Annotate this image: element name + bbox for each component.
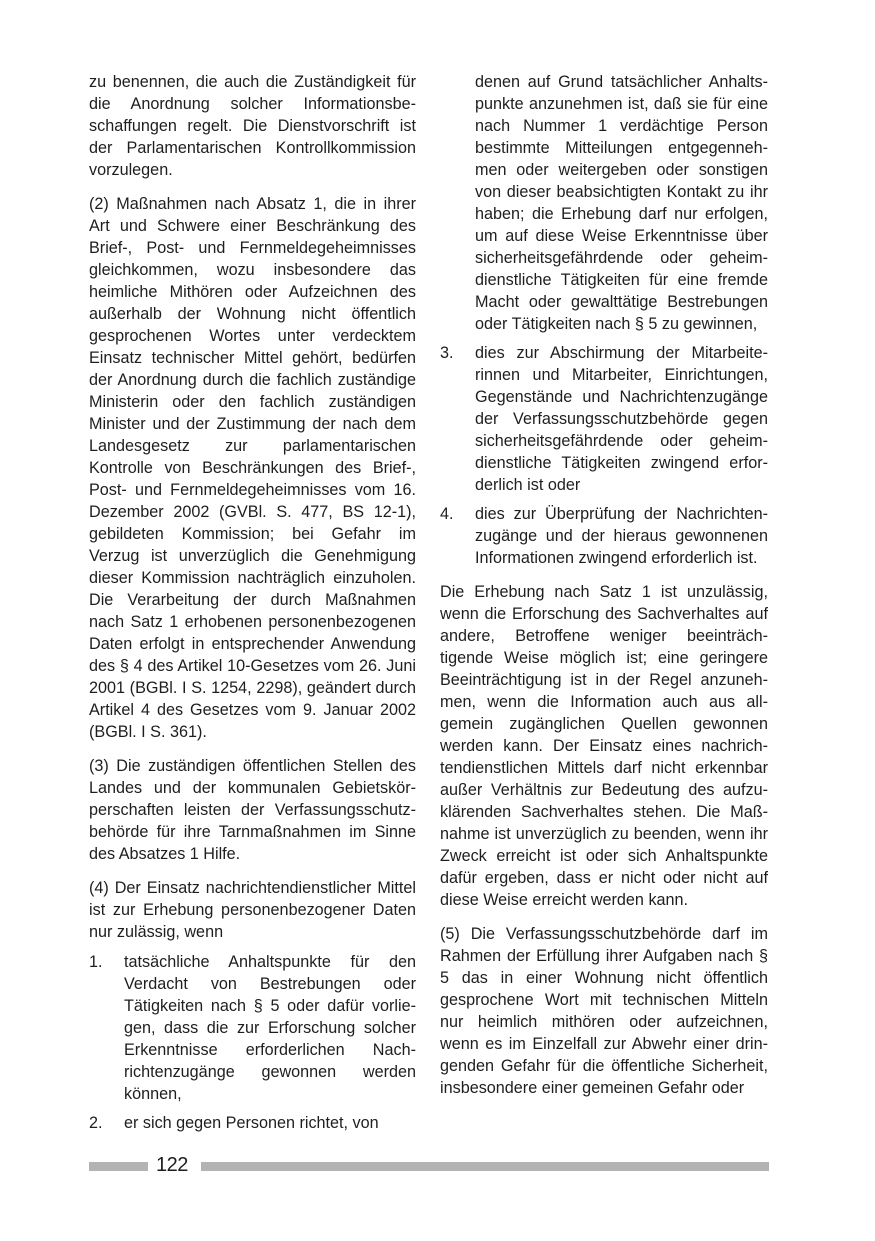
list-number: 3. [440,342,454,364]
left-column: zu benennen, die auch die Zuständigkeit … [89,71,416,1146]
list-item-text: er sich gegen Personen richtet, von [124,1114,379,1132]
numbered-list-right: 3. dies zur Abschirmung der Mitarbeite­r… [440,342,768,569]
list-item-text: dies zur Überprüfung der Nachrichten­zug… [475,505,768,567]
footer-bar-right [201,1162,769,1171]
page-footer: 122 [89,1157,769,1175]
paragraph-5: (5) Die Verfassungsschutzbehörde darf im… [440,923,768,1099]
list-item-2-continued: denen auf Grund tatsächlicher Anhalts­pu… [440,71,768,335]
paragraph-intro: zu benennen, die auch die Zuständigkeit … [89,71,416,181]
list-number: 4. [440,503,454,525]
list-item-3: 3. dies zur Abschirmung der Mitarbeite­r… [440,342,768,496]
list-item-4: 4. dies zur Überprüfung der Nachrichten­… [440,503,768,569]
right-column: denen auf Grund tatsächlicher Anhalts­pu… [440,71,768,1111]
list-number: 1. [89,951,103,973]
footer-bar-left [89,1162,148,1171]
paragraph-3: (3) Die zuständigen öffentlichen Stellen… [89,755,416,865]
list-item-text: tatsächliche Anhaltspunkte für den Verda… [124,953,416,1103]
paragraph-2: (2) Maßnahmen nach Absatz 1, die in ihre… [89,193,416,743]
page-number: 122 [156,1154,188,1176]
numbered-list-left: 1. tatsächliche Anhaltspunkte für den Ve… [89,951,416,1134]
list-item-text: dies zur Abschirmung der Mitarbeite­rinn… [475,344,768,494]
list-number: 2. [89,1112,103,1134]
list-item-1: 1. tatsächliche Anhaltspunkte für den Ve… [89,951,416,1105]
list-item-2: 2. er sich gegen Personen richtet, von [89,1112,416,1134]
paragraph-after-list: Die Erhebung nach Satz 1 ist unzulässig,… [440,581,768,911]
paragraph-4: (4) Der Einsatz nachrichtendienstlicher … [89,877,416,943]
